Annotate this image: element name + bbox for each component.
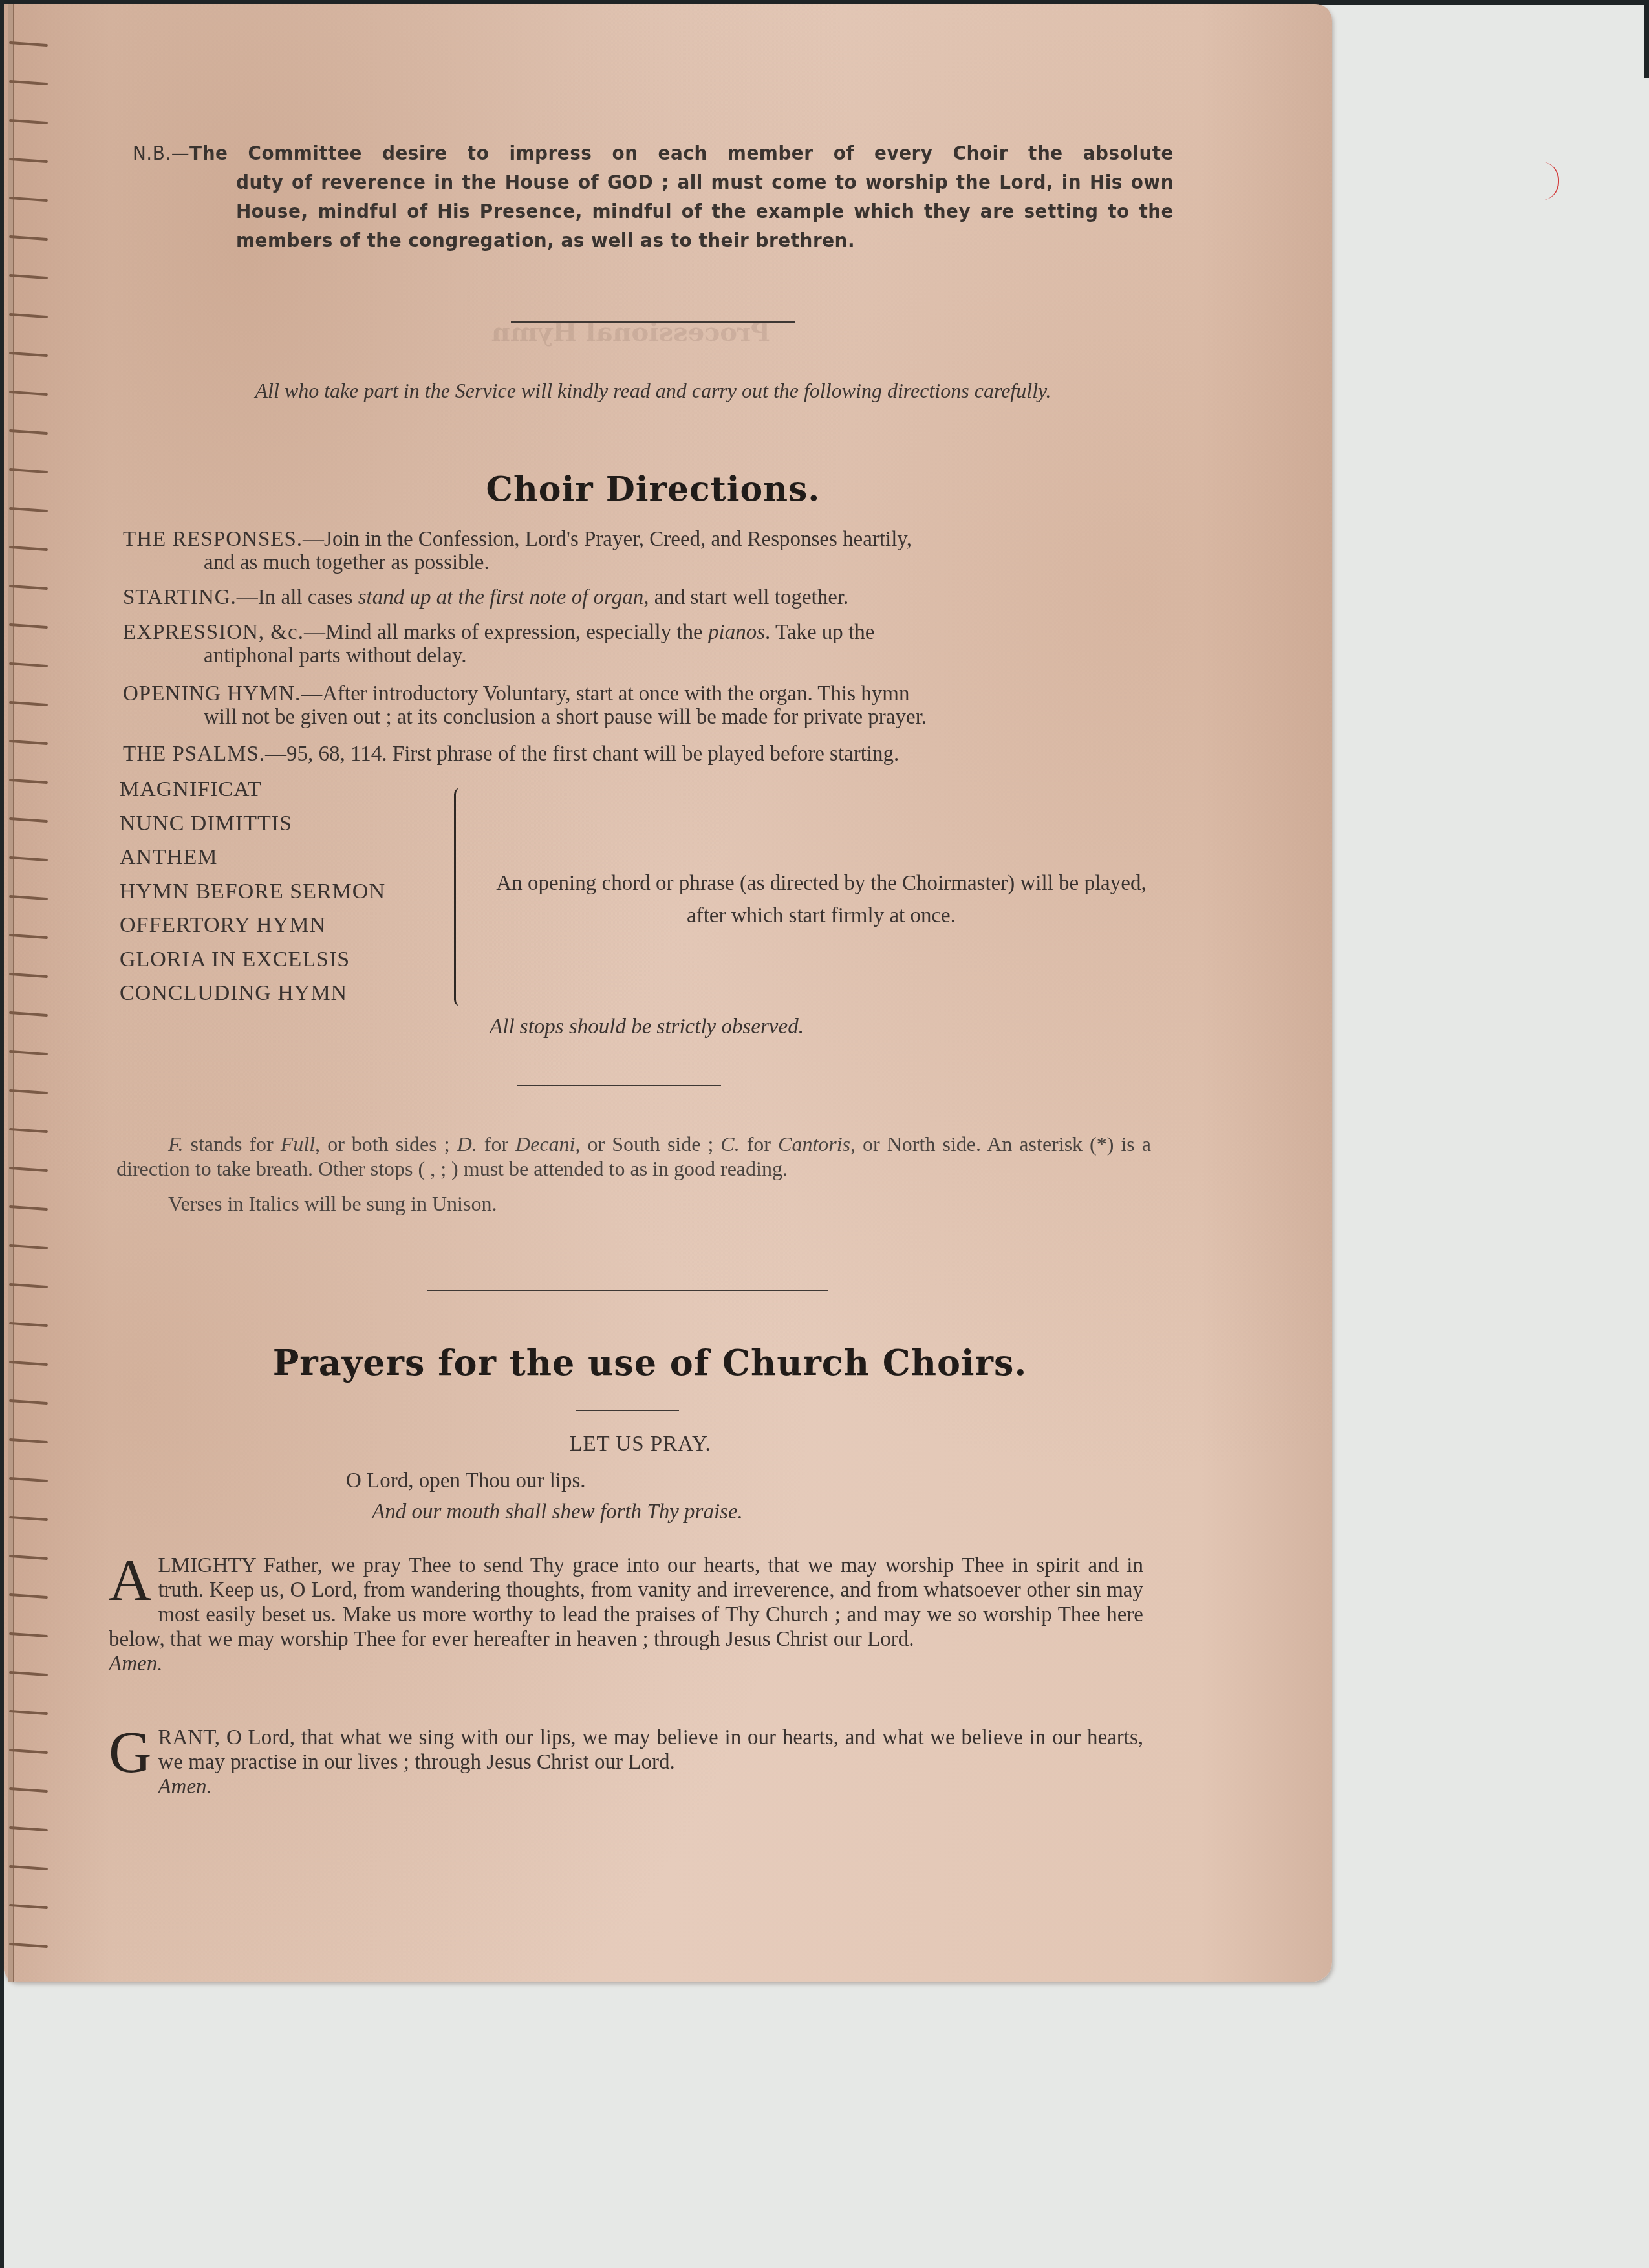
divider-rule: [576, 1410, 679, 1411]
direction-opening-hymn: OPENING HYMN.—After introductory Volunta…: [123, 682, 1164, 729]
nb-first-line: The Committee desire to impress on each …: [189, 142, 1174, 165]
service-item: GLORIA IN EXCELSIS: [120, 943, 456, 977]
service-item: NUNC DIMITTIS: [120, 807, 456, 841]
stops-note: All stops should be strictly observed.: [349, 1015, 944, 1039]
service-item: MAGNIFICAT: [120, 773, 456, 807]
amen: Amen.: [158, 1775, 211, 1798]
service-item: CONCLUDING HYMN: [120, 977, 456, 1011]
scanner-edge-right: [1644, 0, 1649, 78]
prayer-grant: GRANT, O Lord, that what we sing with ou…: [109, 1725, 1143, 1799]
legend-text: F. stands for Full, or both sides ; D. f…: [116, 1132, 1151, 1181]
versicle: O Lord, open Thou our lips.: [346, 1469, 586, 1493]
notation-legend: F. stands for Full, or both sides ; D. f…: [116, 1132, 1151, 1216]
service-item: HYMN BEFORE SERMON: [120, 875, 456, 909]
let-us-pray-heading: LET US PRAY.: [414, 1432, 867, 1456]
nb-body: duty of reverence in the House of GOD ; …: [133, 168, 1174, 255]
drop-cap: G: [109, 1728, 151, 1776]
service-item: OFFERTORY HYMN: [120, 909, 456, 943]
response: And our mouth shall shew forth Thy prais…: [372, 1500, 743, 1524]
nb-notice: N.B.—The Committee desire to impress on …: [133, 139, 1174, 255]
prayers-title: Prayers for the use of Church Choirs.: [213, 1342, 1086, 1383]
direction-expression: EXPRESSION, &c.—Mind all marks of expres…: [123, 621, 1164, 667]
direction-responses: THE RESPONSES.—Join in the Confession, L…: [123, 528, 1164, 574]
drop-cap: A: [109, 1556, 151, 1604]
divider-rule: [427, 1290, 828, 1291]
unison-note: Verses in Italics will be sung in Unison…: [116, 1191, 1151, 1216]
brace-bracket: [454, 788, 468, 1006]
intro-instruction: All who take part in the Service will ki…: [149, 378, 1158, 404]
red-pen-mark: [1541, 162, 1559, 200]
divider-rule: [517, 1085, 721, 1086]
services-note: An opening chord or phrase (as directed …: [479, 867, 1164, 932]
service-item: ANTHEM: [120, 841, 456, 875]
service-parts-list: MAGNIFICAT NUNC DIMITTIS ANTHEM HYMN BEF…: [120, 773, 456, 1011]
amen: Amen.: [109, 1652, 162, 1676]
page-content: N.B.—The Committee desire to impress on …: [0, 0, 1332, 1982]
prayer-almighty: ALMIGHTY Father, we pray Thee to send Th…: [109, 1553, 1143, 1676]
direction-psalms: THE PSALMS.—95, 68, 114. First phrase of…: [123, 742, 1164, 766]
direction-starting: STARTING.—In all cases stand up at the f…: [123, 586, 1164, 609]
nb-label: N.B.—: [133, 142, 189, 165]
choir-directions-title: Choir Directions.: [356, 470, 951, 509]
divider-rule: [511, 321, 795, 323]
